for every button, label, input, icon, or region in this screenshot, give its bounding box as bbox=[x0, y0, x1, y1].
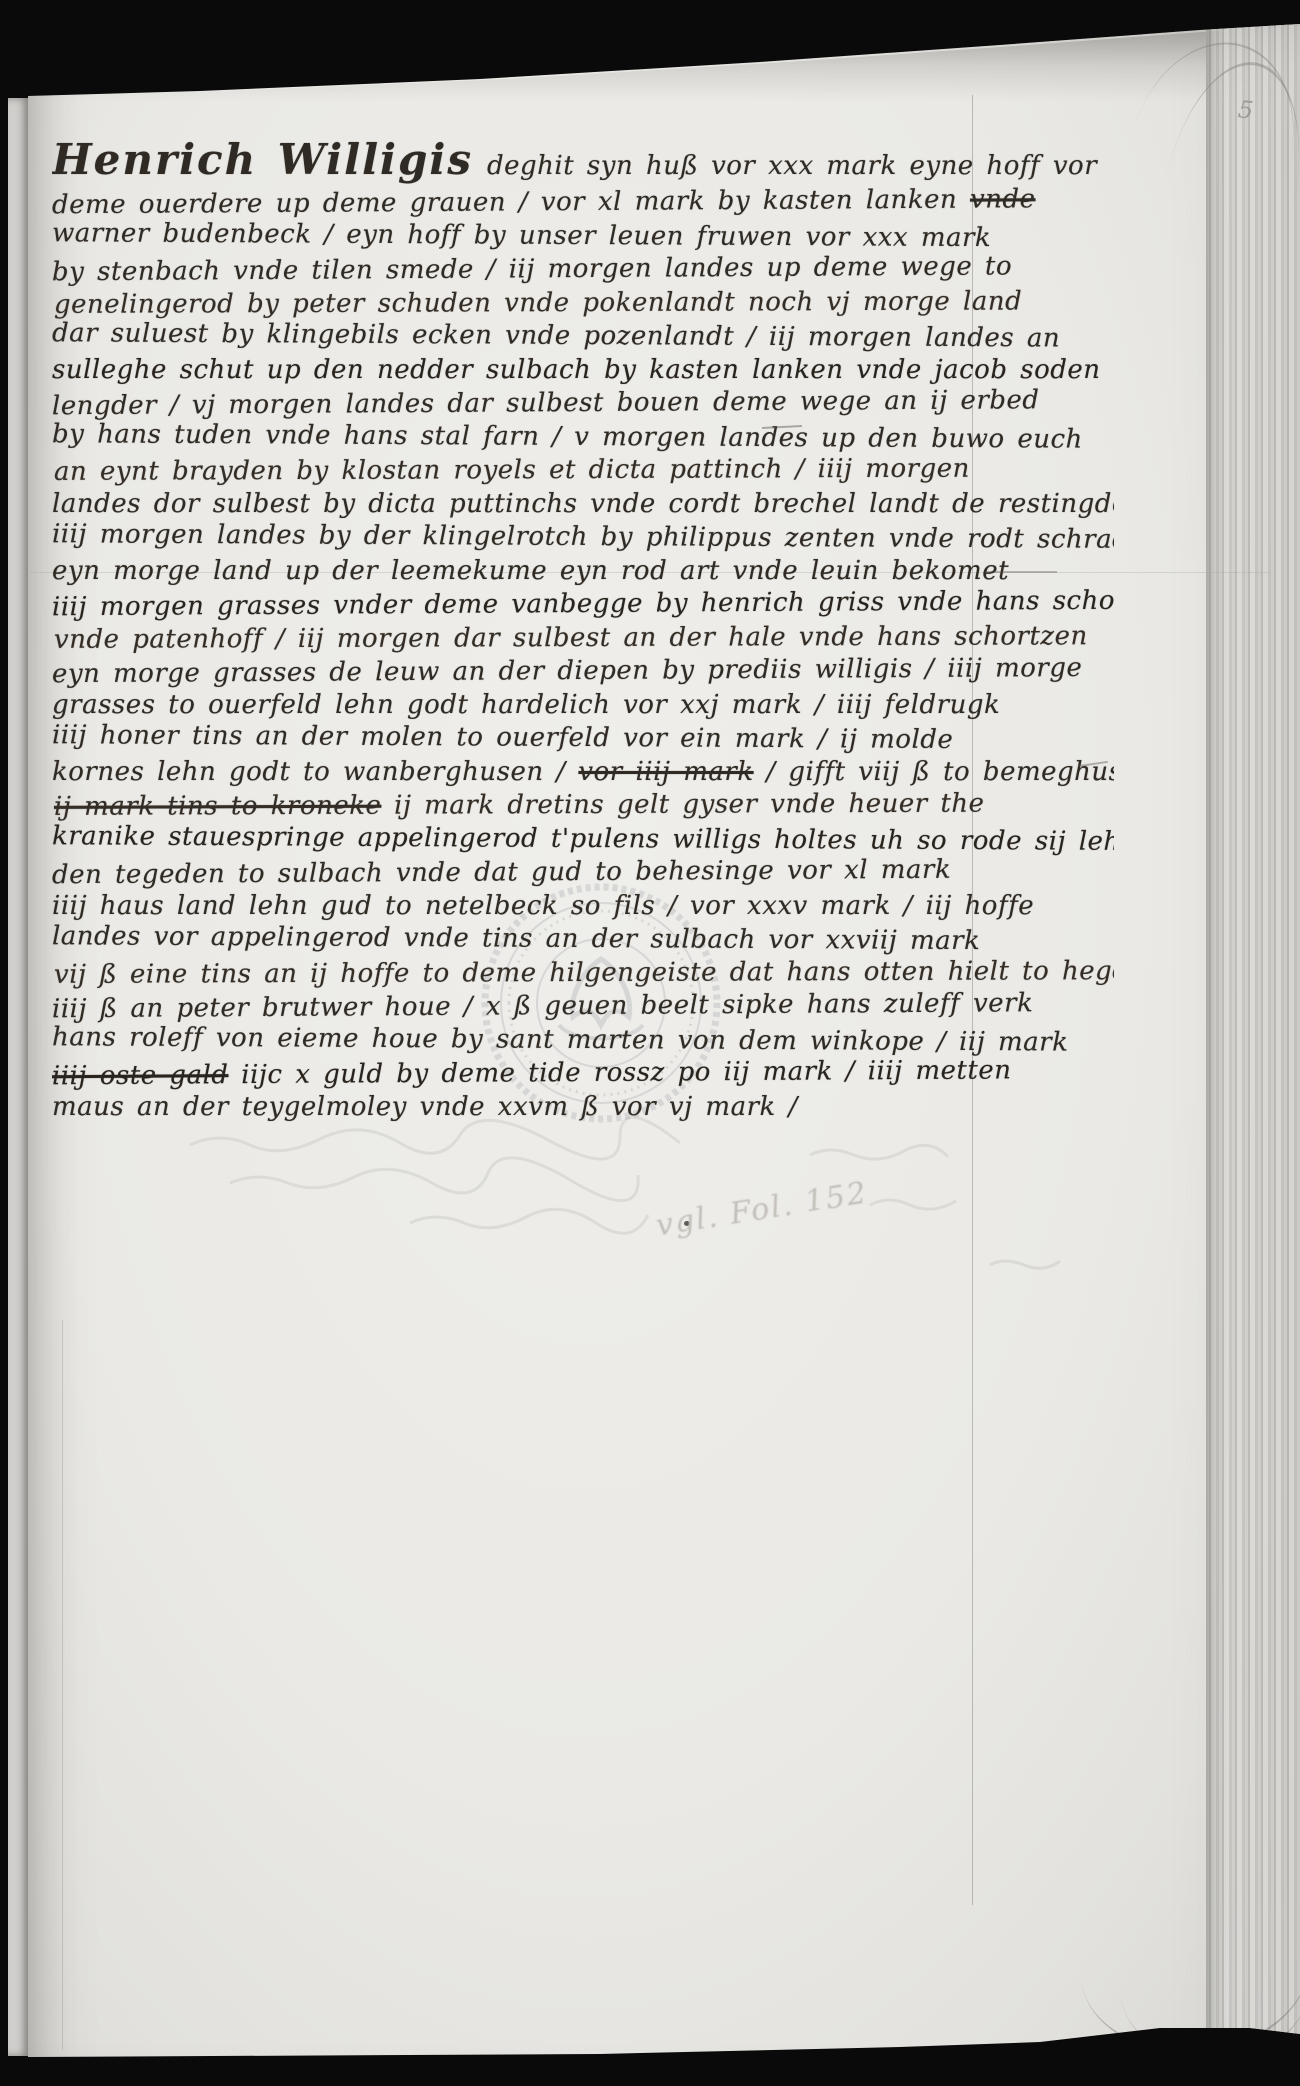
struck-text: vor iiij mark bbox=[578, 757, 753, 787]
manuscript-line: iiij morgen grasses vnder deme vanbegge … bbox=[52, 585, 1114, 625]
manuscript-line: deme ouerdere up deme grauen / vor xl ma… bbox=[52, 183, 1114, 223]
manuscript-line: eyn morge grasses de leuw an der diepen … bbox=[52, 652, 1114, 692]
manuscript-line: iiij haus land lehn gud to netelbeck so … bbox=[52, 890, 1114, 924]
manuscript-line: iiij oste gald iijc x guld by deme tide … bbox=[52, 1054, 1114, 1094]
ink-showthrough bbox=[170, 1115, 1130, 1325]
manuscript-line: an eynt brayden by klostan royels et dic… bbox=[54, 452, 1114, 489]
handwritten-text-block: Henrich Willigisdeghit syn huß vor xxx m… bbox=[52, 134, 1114, 1124]
manuscript-line: eyn morge land up der leemekume eyn rod … bbox=[52, 555, 1114, 589]
manuscript-line: grasses to ouerfeld lehn godt hardelich … bbox=[52, 689, 1114, 723]
manuscript-line: landes dor sulbest by dicta puttinchs vn… bbox=[52, 488, 1114, 522]
struck-text: ij mark tins to kroneke bbox=[54, 791, 381, 822]
manuscript-line: ij mark tins to kroneke ij mark dretins … bbox=[54, 787, 1114, 824]
manuscript-line: vij ß eine tins an ij hoffe to deme hilg… bbox=[54, 955, 1114, 992]
manuscript-page: 5 Henrich Willigisdeghit syn huß vor xxx… bbox=[0, 0, 1300, 2086]
struck-text: iiij oste gald bbox=[52, 1060, 229, 1091]
manuscript-photo: 5 Henrich Willigisdeghit syn huß vor xxx… bbox=[0, 0, 1300, 2086]
manuscript-line: iiij honer tins an der molen to ouerfeld… bbox=[52, 719, 1114, 758]
manuscript-line: sulleghe schut up den nedder sulbach by … bbox=[52, 354, 1114, 388]
manuscript-line: vnde patenhoff / iij morgen dar sulbest … bbox=[54, 620, 1114, 657]
entry-heading-name: Henrich Willigis bbox=[52, 135, 473, 184]
manuscript-line: by hans tuden vnde hans stal farn / v mo… bbox=[52, 418, 1114, 457]
underlying-page-edge bbox=[8, 98, 30, 2056]
manuscript-line: Henrich Willigisdeghit syn huß vor xxx m… bbox=[52, 134, 1114, 186]
manuscript-line: den tegeden to sulbach vnde dat gud to b… bbox=[52, 853, 1114, 893]
manuscript-line: landes vor appelingerod vnde tins an der… bbox=[52, 920, 1114, 959]
manuscript-line: dar suluest by klingebils ecken vnde poz… bbox=[52, 317, 1114, 356]
page-stack-fore-edge bbox=[1206, 24, 1300, 2036]
folio-number: 5 bbox=[1237, 95, 1255, 124]
ink-dash bbox=[985, 571, 1057, 573]
manuscript-line: iiij morgen landes by der klingelrotch b… bbox=[52, 518, 1114, 557]
manuscript-line: iiij ß an peter brutwer houe / x ß geuen… bbox=[52, 987, 1114, 1027]
manuscript-line: genelingerod by peter schuden vnde poken… bbox=[54, 285, 1114, 322]
struck-text: vnde bbox=[970, 184, 1036, 214]
gutter-fold-line bbox=[62, 1320, 63, 2050]
page-top-wrinkles bbox=[28, 24, 1300, 102]
manuscript-line: by stenbach vnde tilen smede / iij morge… bbox=[52, 250, 1114, 290]
manuscript-line: lengder / vj morgen landes dar sulbest b… bbox=[52, 384, 1114, 424]
manuscript-line: kornes lehn godt to wanberghusen / vor i… bbox=[52, 756, 1114, 790]
